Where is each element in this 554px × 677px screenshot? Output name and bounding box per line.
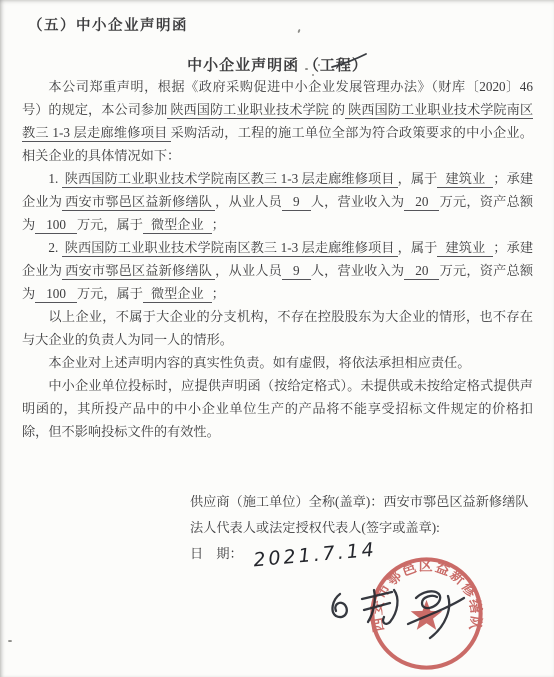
supplier-label: 供应商（施工单位）全称(盖章)： bbox=[190, 494, 383, 509]
item-industry-blank: 建筑业 bbox=[437, 240, 493, 257]
document-title: 中小企业声明函 （工程） bbox=[22, 54, 533, 75]
date-label: 日 期： bbox=[190, 546, 243, 561]
item-industry-blank: 建筑业 bbox=[437, 171, 493, 188]
item-type-blank: 微型企业 bbox=[143, 217, 212, 234]
legal-rep-signature bbox=[318, 582, 468, 644]
item-company-blank: 西安市鄠邑区益新修缮队 bbox=[62, 263, 215, 280]
scanned-document-page: （五）中小企业声明函 中小企业声明函 （工程） 本公司郑重声明，根据《政府采购促… bbox=[0, 0, 554, 677]
item-type-blank: 微型企业 bbox=[143, 286, 212, 303]
handwritten-date: 2021.7.14 bbox=[252, 538, 377, 574]
item-staff-blank: 9 bbox=[282, 194, 311, 211]
para-no-large-affiliation: 以上企业，不属于大企业的分支机构，不存在控股股东为大企业的情形，也不存在与大企业… bbox=[22, 305, 533, 351]
buyer-name-blank: 陕西国防工业职业技术学院 bbox=[167, 102, 332, 119]
enterprise-item-2: 2. 陕西国防工业职业技术学院南区教三 1-3 层走廊维修项目，属于建筑业；承建… bbox=[22, 236, 533, 305]
supplier-value: 西安市鄠邑区益新修缮队 bbox=[383, 494, 528, 509]
ink-speck bbox=[318, 64, 320, 66]
intro-paragraph: 本公司郑重声明，根据《政府采购促进中小企业发展管理办法》（财库〔2020〕46 … bbox=[22, 75, 533, 167]
pen-stroke-icon bbox=[329, 50, 369, 72]
item-project-blank: 陕西国防工业职业技术学院南区教三 1-3 层走廊维修项目 bbox=[62, 171, 398, 188]
enterprise-item-1: 1. 陕西国防工业职业技术学院南区教三 1-3 层走廊维修项目，属于建筑业；承建… bbox=[22, 167, 533, 236]
section-heading: （五）中小企业声明函 bbox=[28, 14, 533, 35]
ink-speck bbox=[305, 68, 308, 70]
item-revenue-blank: 20 bbox=[404, 194, 439, 211]
supplier-line: 供应商（施工单位）全称(盖章)：西安市鄠邑区益新修缮队 bbox=[190, 489, 533, 515]
para-notice: 中小企业单位投标时，应提供声明函（按给定格式）。未提供或未按给定格式提供声明函的… bbox=[22, 374, 533, 443]
item-project-blank: 陕西国防工业职业技术学院南区教三 1-3 层走廊维修项目 bbox=[62, 240, 398, 257]
item-assets-blank: 100 bbox=[35, 217, 77, 234]
para-truthfulness: 本企业对上述声明内容的真实性负责。如有虚假，将依法承担相应责任。 bbox=[22, 351, 533, 374]
ink-speck bbox=[312, 74, 314, 76]
item-company-blank: 西安市鄠邑区益新修缮队 bbox=[62, 194, 215, 211]
rep-label: 法人代表人或法定授权代表人(签字或盖章): bbox=[190, 520, 440, 535]
item-revenue-blank: 20 bbox=[404, 263, 439, 280]
ink-speck bbox=[8, 640, 12, 642]
document-content: （五）中小企业声明函 中小企业声明函 （工程） 本公司郑重声明，根据《政府采购促… bbox=[0, 14, 554, 567]
pen-mark bbox=[335, 56, 375, 78]
item-assets-blank: 100 bbox=[35, 286, 77, 303]
item-staff-blank: 9 bbox=[282, 263, 311, 280]
rep-line: 法人代表人或法定授权代表人(签字或盖章): bbox=[190, 515, 533, 541]
